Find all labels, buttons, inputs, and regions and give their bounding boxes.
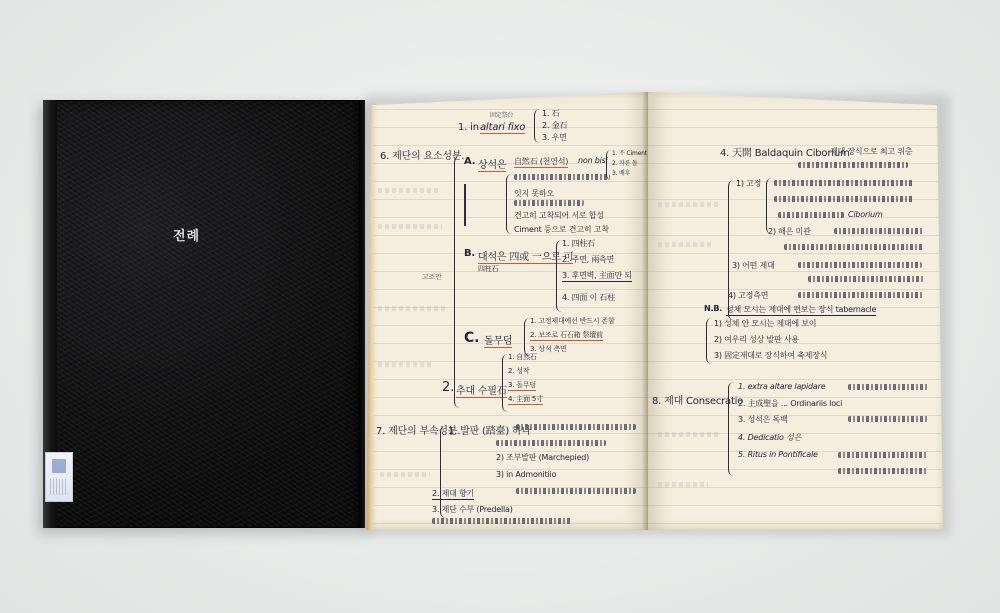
bleed-through bbox=[658, 202, 718, 207]
handwriting-note: 四柱石 bbox=[478, 264, 498, 274]
handwriting-scribble bbox=[432, 518, 572, 524]
open-notebook: 固定祭台 1. in altari fixo 1. 石 2. 金石 3. 우면 … bbox=[366, 92, 946, 530]
handwriting-item: 2. 金石 bbox=[542, 120, 567, 131]
handwriting-scribble bbox=[798, 292, 924, 298]
handwriting-item: 1. extra altare lapidare bbox=[738, 382, 825, 391]
handwriting-text: 돌무덤 bbox=[484, 332, 512, 348]
brace bbox=[454, 156, 464, 408]
handwriting-term: altari fixo bbox=[480, 122, 525, 134]
page-edge bbox=[366, 106, 376, 530]
handwriting-item: 3) 어떤 제대 bbox=[732, 260, 775, 271]
handwriting-scribble bbox=[774, 180, 914, 186]
handwriting-item: 3. 돌무덤 bbox=[508, 380, 536, 391]
handwriting-item: 2. 자른 돌 bbox=[612, 158, 638, 167]
handwriting-scribble bbox=[516, 424, 636, 430]
handwriting-item: 5. Ritus in Pontificale bbox=[738, 450, 818, 459]
notebook-right-page: 4. 天開 Baldaquin Ciborium 제대 장식으로 최고 위층 1… bbox=[648, 92, 946, 530]
side-note: 고조만 bbox=[422, 272, 442, 282]
handwriting-text: 상석은 bbox=[478, 156, 506, 172]
library-label bbox=[45, 452, 73, 502]
handwriting-item: 1. 石 bbox=[542, 108, 559, 119]
brace bbox=[506, 174, 512, 234]
handwriting-item: 3. 성석은 독백 bbox=[738, 414, 788, 425]
brace bbox=[728, 382, 738, 476]
bleed-through bbox=[658, 432, 718, 437]
handwriting-item: 4. Dedicatio 성은 bbox=[738, 432, 801, 443]
handwriting-scribble bbox=[834, 228, 924, 234]
handwriting-text: 추대 수필石 bbox=[456, 382, 507, 398]
label-2: 2. bbox=[442, 380, 454, 395]
handwriting-item: 2. 보조로 石石箱 祭壇前 bbox=[530, 330, 603, 341]
handwriting-item: 2. 主成聖을 ... Ordinariis loci bbox=[738, 398, 842, 409]
nb-heading: N.B. bbox=[704, 304, 722, 313]
handwriting-item: 2. 주면, 兩측면 bbox=[562, 254, 614, 265]
handwriting-item: 2. 성작 bbox=[508, 366, 529, 376]
notebook-left-page: 固定祭台 1. in altari fixo 1. 石 2. 金石 3. 우면 … bbox=[366, 92, 648, 530]
handwriting-item: 4. 主面 5寸 bbox=[508, 394, 543, 405]
handwriting-text: 自然石 (천연석) bbox=[514, 156, 568, 168]
handwriting-term: Ciborium bbox=[848, 210, 883, 219]
handwriting-item: 3. 후면벽, 主面만 되 bbox=[562, 270, 632, 282]
handwriting-scribble bbox=[496, 440, 606, 446]
handwriting-line: 견고히 고착되어 서로 합성 bbox=[514, 210, 604, 221]
handwriting-annotation: 固定祭台 bbox=[490, 110, 513, 119]
handwriting-item: 1. 고정제대에선 반드시 존함 bbox=[530, 316, 615, 326]
bleed-through bbox=[378, 188, 438, 193]
handwriting-scribble bbox=[778, 212, 844, 218]
handwriting-scribble bbox=[516, 488, 636, 494]
handwriting-scribble bbox=[848, 416, 928, 422]
handwriting-item: 3. 배후 bbox=[612, 168, 630, 177]
handwriting-latin: non bisi bbox=[578, 156, 608, 165]
handwriting-scribble bbox=[808, 276, 924, 282]
handwriting-scribble bbox=[798, 262, 922, 268]
bleed-through bbox=[378, 362, 434, 367]
photo-scene: 전례 固定祭台 1. in altari fixo 1. 石 2. 金石 3. … bbox=[0, 0, 1000, 613]
handwriting-item: 3. 우면 bbox=[542, 132, 567, 143]
bleed-through bbox=[378, 306, 448, 311]
nb-text: 성체 모시는 제대에 편보는 장식 tabernacle bbox=[726, 304, 876, 316]
label-B: B. bbox=[464, 248, 475, 259]
handwriting-item: 1. 自然石 bbox=[508, 352, 537, 362]
handwriting-scribble bbox=[798, 162, 908, 168]
bleed-through bbox=[380, 472, 430, 477]
section-heading: 6. 제단의 요소성분. bbox=[380, 147, 464, 162]
handwriting-item: 1) 고정 bbox=[736, 178, 761, 189]
handwriting-item: 3. 제단 수부 (Predella) bbox=[432, 504, 513, 515]
handwriting-item: 2) 조부발판 (Marchepied) bbox=[496, 452, 589, 463]
black-book: 전례 bbox=[43, 100, 365, 528]
handwriting-item: 3) 固定제대로 장식하여 축제장식 bbox=[714, 350, 827, 361]
handwriting-scribble bbox=[774, 196, 914, 202]
handwriting-prefix: 1. in bbox=[458, 122, 479, 133]
bleed-through bbox=[658, 482, 708, 487]
bleed-through bbox=[658, 242, 712, 247]
handwriting-scribble bbox=[784, 244, 924, 250]
brace bbox=[706, 318, 712, 364]
handwriting-item: 4. 四面 이 石柱 bbox=[562, 292, 615, 303]
handwriting-scribble bbox=[838, 468, 928, 474]
handwriting-item: 1. 四柱石 bbox=[562, 238, 595, 249]
handwriting-item: 2) 해은 미관 bbox=[768, 226, 811, 237]
label-A: A. bbox=[464, 156, 475, 167]
bleed-through bbox=[378, 224, 442, 229]
handwriting-subtitle: 제대 장식으로 최고 위층 bbox=[830, 146, 912, 157]
handwriting-scribble bbox=[848, 384, 928, 390]
handwriting-item: 1) 성체 안 모시는 제대에 보이 bbox=[714, 318, 816, 329]
vertical-mark bbox=[464, 184, 466, 226]
handwriting-item: 4) 고정측면 bbox=[728, 290, 768, 301]
book-cover-title: 전례 bbox=[173, 225, 200, 244]
handwriting-item: 2. 제대 향기 bbox=[432, 488, 474, 500]
label-C: C. bbox=[464, 330, 479, 346]
handwriting-scribble bbox=[838, 452, 928, 458]
handwriting-scribble bbox=[514, 174, 610, 180]
handwriting-scribble bbox=[514, 200, 584, 206]
handwriting-item: 2) 여우리 성상 발판 사용 bbox=[714, 334, 799, 345]
handwriting-line: 잇지 못하오 bbox=[514, 188, 554, 199]
handwriting-item: 3) in Admonitiio bbox=[496, 470, 556, 479]
brace bbox=[534, 109, 540, 143]
handwriting-line: Ciment 등으로 견고히 고착 bbox=[514, 224, 609, 235]
